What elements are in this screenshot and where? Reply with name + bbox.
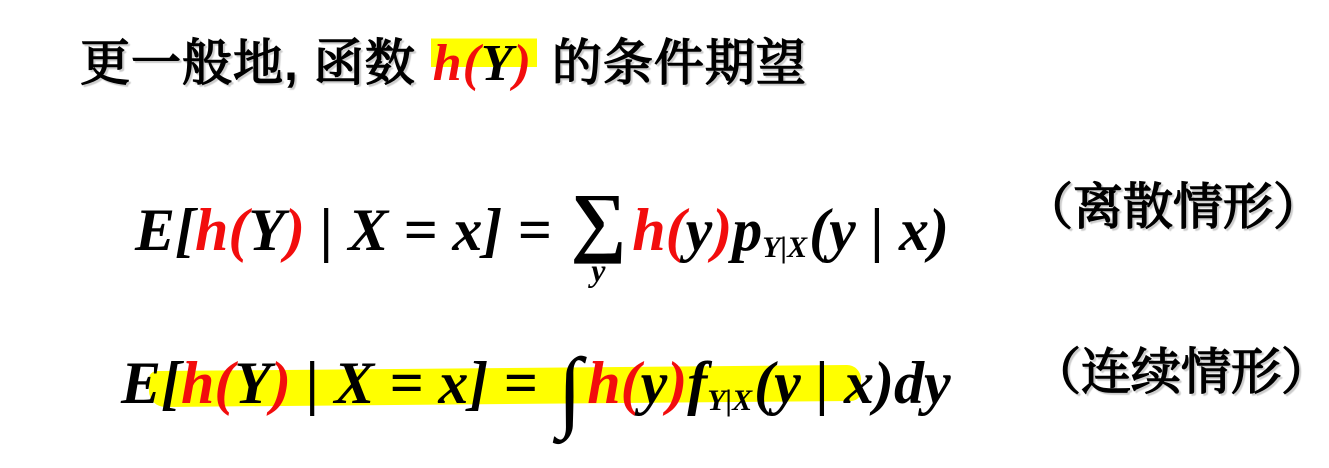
h-close-paren: ) — [271, 350, 291, 416]
Y-variable: Y — [248, 197, 285, 263]
slide-title: 更一般地, 函数 h(Y) 的条件期望 — [80, 34, 807, 94]
summation-symbol: ∑ — [571, 190, 627, 252]
title-suffix: 的条件期望 — [537, 35, 807, 91]
discrete-case-label: （离散情形） — [1023, 182, 1323, 232]
integral-symbol: ∫ — [557, 355, 582, 427]
continuous-case-label: （连续情形） — [1031, 347, 1329, 397]
title-Y-variable: Y — [481, 35, 514, 92]
formula-discrete: E[h(Y) | X = x] = ∑yh(y)pY|X(y | x)（离散情形… — [135, 188, 949, 284]
hy-close-paren: ) — [667, 350, 687, 416]
summation-operator: ∑y — [571, 190, 627, 286]
h-open-paren: h( — [195, 197, 248, 263]
y-variable: y — [641, 350, 668, 416]
hy-open-paren: h( — [632, 197, 685, 263]
summation-index: y — [591, 254, 605, 286]
h-close-paren: ) — [285, 197, 305, 263]
title-h-open-paren: h( — [433, 35, 481, 92]
title-highlighted-hy: h(Y) — [431, 35, 537, 92]
pmf-function: p — [732, 197, 762, 263]
title-prefix: 更一般地, 函数 — [80, 35, 431, 91]
pdf-function: f — [687, 350, 707, 416]
slide: 更一般地, 函数 h(Y) 的条件期望 E[h(Y) | X = x] = ∑y… — [0, 0, 1329, 468]
title-close-paren: ) — [514, 35, 532, 92]
h-open-paren: h( — [181, 350, 234, 416]
pmf-arguments: (y | x) — [809, 197, 949, 263]
expectation-open: E[ — [121, 350, 181, 416]
pmf-subscript: Y|X — [762, 231, 807, 264]
conditional-equals: | X = x] = — [291, 350, 553, 416]
formula-discrete-text: E[h(Y) | X = x] = ∑yh(y)pY|X(y | x) — [135, 197, 949, 263]
hy-close-paren: ) — [712, 197, 732, 263]
integral-operator: ∫ — [557, 355, 582, 427]
formula-continuous-text: E[h(Y) | X = x] = ∫h(y)fY|X(y | x)dy — [121, 350, 951, 416]
hy-open-paren: h( — [587, 350, 640, 416]
expectation-open: E[ — [135, 197, 195, 263]
formula-continuous: E[h(Y) | X = x] = ∫h(y)fY|X(y | x)dy（连续情… — [121, 353, 951, 425]
Y-variable: Y — [234, 350, 271, 416]
pdf-subscript: Y|X — [707, 384, 752, 417]
conditional-equals: | X = x] = — [305, 197, 567, 263]
differential-dy: dy — [894, 350, 951, 416]
pdf-arguments: (y | x) — [754, 350, 894, 416]
y-variable: y — [686, 197, 713, 263]
